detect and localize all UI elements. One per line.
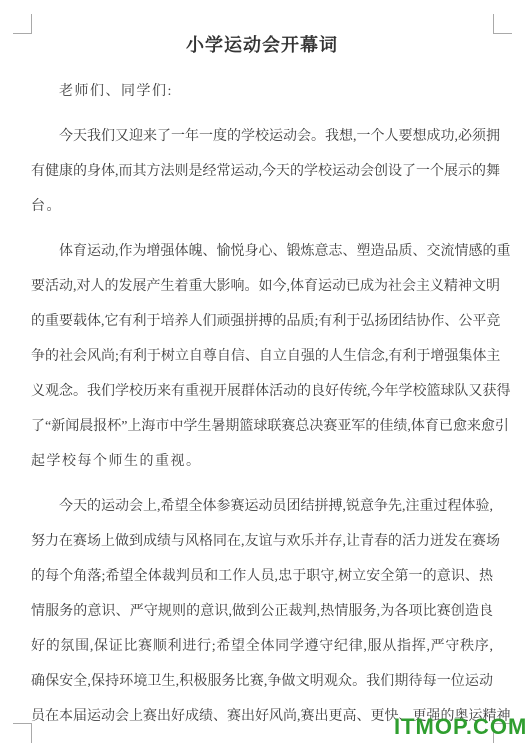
watermark: ITMOP.COM: [394, 714, 527, 740]
text-line: 确保安全,保持环境卫生,积极服务比赛,争做文明观众。我们期待每一位运动: [31, 664, 493, 699]
text-line: 义观念。我们学校历来有重视开展群体活动的良好传统,今年学校篮球队又获得: [31, 374, 493, 409]
text-line: 要活动,对人的发展产生着重大影响。如今,体育运动已成为社会主义精神文明: [31, 269, 493, 304]
text-line: 努力在赛场上做到成绩与风格同在,友谊与欢乐并存,让青春的活力迸发在赛场: [31, 524, 493, 559]
document-page: 小学运动会开幕词 老师们、同学们:今天我们又迎来了一年一度的学校运动会。我想,一…: [31, 30, 493, 734]
text-line: 今天的运动会上,希望全体参赛运动员团结拼搏,锐意争先,注重过程体验,: [31, 489, 493, 524]
text-line: 好的氛围,保证比赛顺利进行;希望全体同学遵守纪律,服从指挥,严守秩序,: [31, 629, 493, 664]
text-line: 老师们、同学们:: [31, 74, 493, 109]
paragraph: 体育运动,作为增强体魄、愉悦身心、锻炼意志、塑造品质、交流情感的重要活动,对人的…: [31, 234, 493, 479]
text-line: 的重要载体,它有利于培养人们顽强拼搏的品质;有利于弘扬团结协作、公平竞: [31, 304, 493, 339]
margin-mark-top-left: [13, 14, 32, 34]
paragraph: 今天的运动会上,希望全体参赛运动员团结拼搏,锐意争先,注重过程体验,努力在赛场上…: [31, 489, 493, 734]
paragraph: 今天我们又迎来了一年一度的学校运动会。我想,一个人要想成功,必须拥有健康的身体,…: [31, 119, 493, 224]
text-line: 有健康的身体,而其方法则是经常运动,今天的学校运动会创设了一个展示的舞: [31, 154, 493, 189]
document-title: 小学运动会开幕词: [31, 30, 493, 60]
text-line: 体育运动,作为增强体魄、愉悦身心、锻炼意志、塑造品质、交流情感的重: [31, 234, 493, 269]
margin-mark-bottom-left: [13, 723, 32, 743]
text-line: 了“新闻晨报杯”上海市中学生暑期篮球联赛总决赛亚军的佳绩,体育已愈来愈引: [31, 409, 493, 444]
margin-mark-top-right: [493, 14, 512, 34]
text-line: 今天我们又迎来了一年一度的学校运动会。我想,一个人要想成功,必须拥: [31, 119, 493, 154]
text-line: 争的社会风尚;有利于树立自尊自信、自立自强的人生信念,有利于增强集体主: [31, 339, 493, 374]
text-line: 台。: [31, 189, 493, 224]
text-line: 情服务的意识、严守规则的意识,做到公正裁判,热情服务,为各项比赛创造良: [31, 594, 493, 629]
text-line: 起学校每个师生的重视。: [31, 444, 493, 479]
document-body: 老师们、同学们:今天我们又迎来了一年一度的学校运动会。我想,一个人要想成功,必须…: [31, 74, 493, 734]
paragraph: 老师们、同学们:: [31, 74, 493, 109]
text-line: 的每个角落;希望全体裁判员和工作人员,忠于职守,树立安全第一的意识、热: [31, 559, 493, 594]
